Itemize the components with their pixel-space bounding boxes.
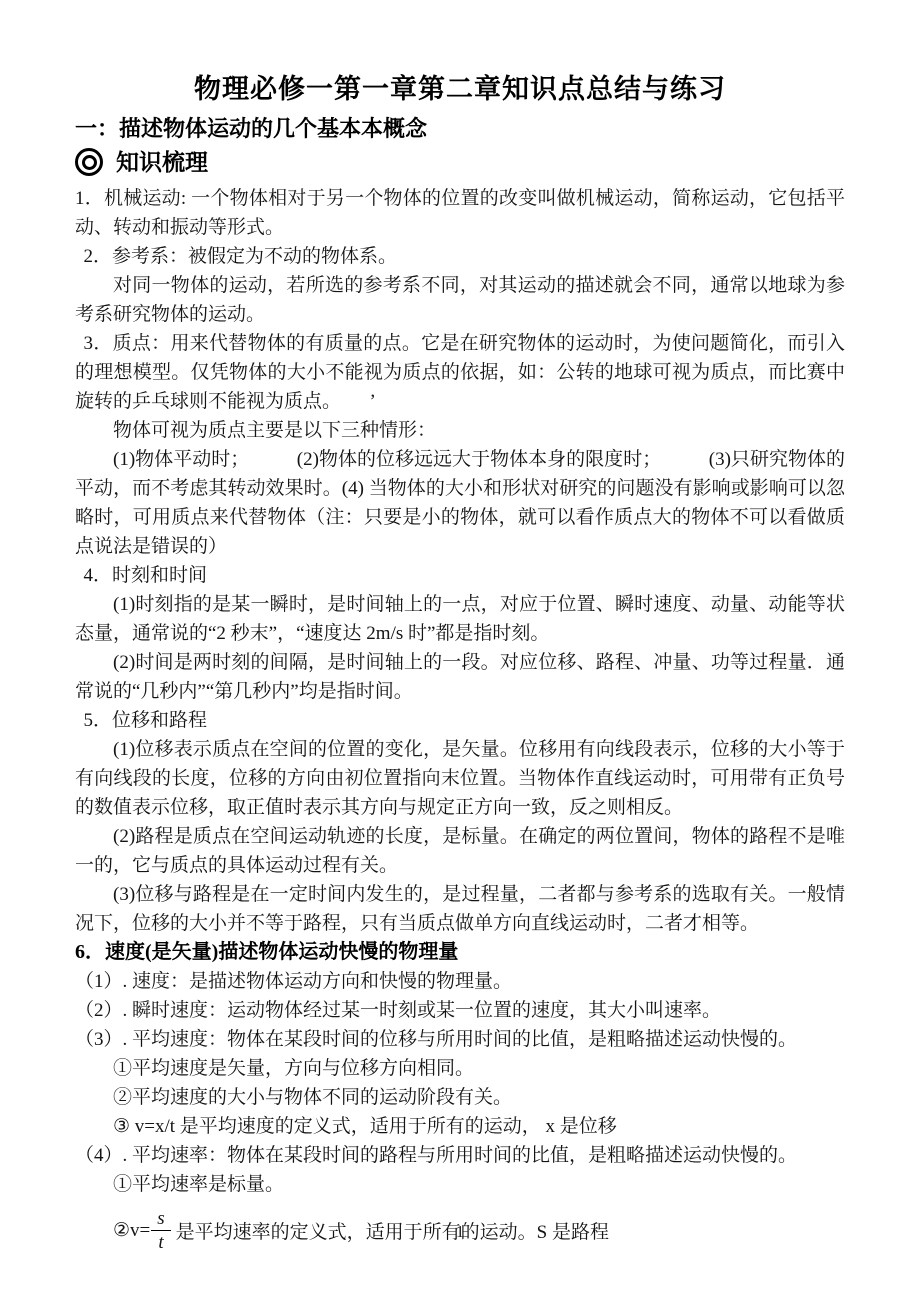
paragraph: (2)路程是质点在空间运动轨迹的长度，是标量。在确定的两位置间，物体的路程不是唯… (75, 822, 845, 880)
document-page: 物理必修一第一章第二章知识点总结与练习 一：描述物体运动的几个基本本概念 知识梳… (0, 0, 920, 1300)
paragraph: (1)时刻指的是某一瞬时，是时间轴上的一点，对应于位置、瞬时速度、动量、动能等状… (75, 590, 845, 648)
paragraph: (2)时间是两时刻的间隔，是时间轴上的一段。对应位移、路程、冲量、功等过程量．通… (75, 648, 845, 706)
subheading-velocity: 6．速度(是矢量)描述物体运动快慢的物理量 (75, 938, 845, 967)
double-circle-icon (75, 148, 103, 176)
paragraph: (1)位移表示质点在空间的位置的变化，是矢量。位移用有向线段表示，位移的大小等于… (75, 735, 845, 822)
section-heading: 一：描述物体运动的几个基本本概念 (75, 114, 845, 144)
paragraph: 物体可视为质点主要是以下三种情形： (75, 416, 845, 445)
paragraph: ②平均速度的大小与物体不同的运动阶段有关。 (75, 1083, 845, 1112)
paragraph: （4）. 平均速率：物体在某段时间的路程与所用时间的比值，是粗略描述运动快慢的。 (75, 1141, 845, 1170)
paragraph: ①平均速度是矢量，方向与位移方向相同。 (75, 1054, 845, 1083)
paragraph-mechanical-motion: 1．机械运动: 一个物体相对于另一个物体的位置的改变叫做机械运动，简称运动，它包… (75, 184, 845, 242)
paragraph-displacement-heading: 5．位移和路程 (75, 706, 845, 735)
paragraph: (3)位移与路程是在一定时间内发生的，是过程量，二者都与参考系的选取有关。一般情… (75, 880, 845, 938)
paragraph-mass-point: 3．质点：用来代替物体的有质量的点。它是在研究物体的运动时，为使问题简化，而引入… (75, 329, 845, 416)
paragraph: （1）. 速度：是描述物体运动方向和快慢的物理量。 (75, 967, 845, 996)
paragraph: (1)物体平动时； (2)物体的位移远远大于物体本身的限度时； (3)只研究物体… (75, 445, 845, 561)
paragraph: ①平均速率是标量。 (75, 1170, 845, 1199)
paragraph-average-velocity-formula: ③ v=x/t 是平均速度的定义式，适用于所有的运动， x 是位移 (75, 1112, 845, 1141)
knowledge-review-heading: 知识梳理 (75, 147, 845, 177)
paragraph: （3）. 平均速度：物体在某段时间的位移与所用时间的比值，是粗略描述运动快慢的。 (75, 1025, 845, 1054)
paragraph: 对同一物体的运动，若所选的参考系不同，对其运动的描述就会不同，通常以地球为参考系… (75, 271, 845, 329)
paragraph-time-heading: 4．时刻和时间 (75, 561, 845, 590)
paragraph-reference-frame: 2．参考系：被假定为不动的物体系。 (75, 242, 845, 271)
knowledge-review-label: 知识梳理 (116, 147, 208, 177)
page-number: 1 (0, 1222, 920, 1242)
paragraph: （2）. 瞬时速度：运动物体经过某一时刻或某一位置的速度，其大小叫速率。 (75, 996, 845, 1025)
document-title: 物理必修一第一章第二章知识点总结与练习 (75, 72, 845, 106)
